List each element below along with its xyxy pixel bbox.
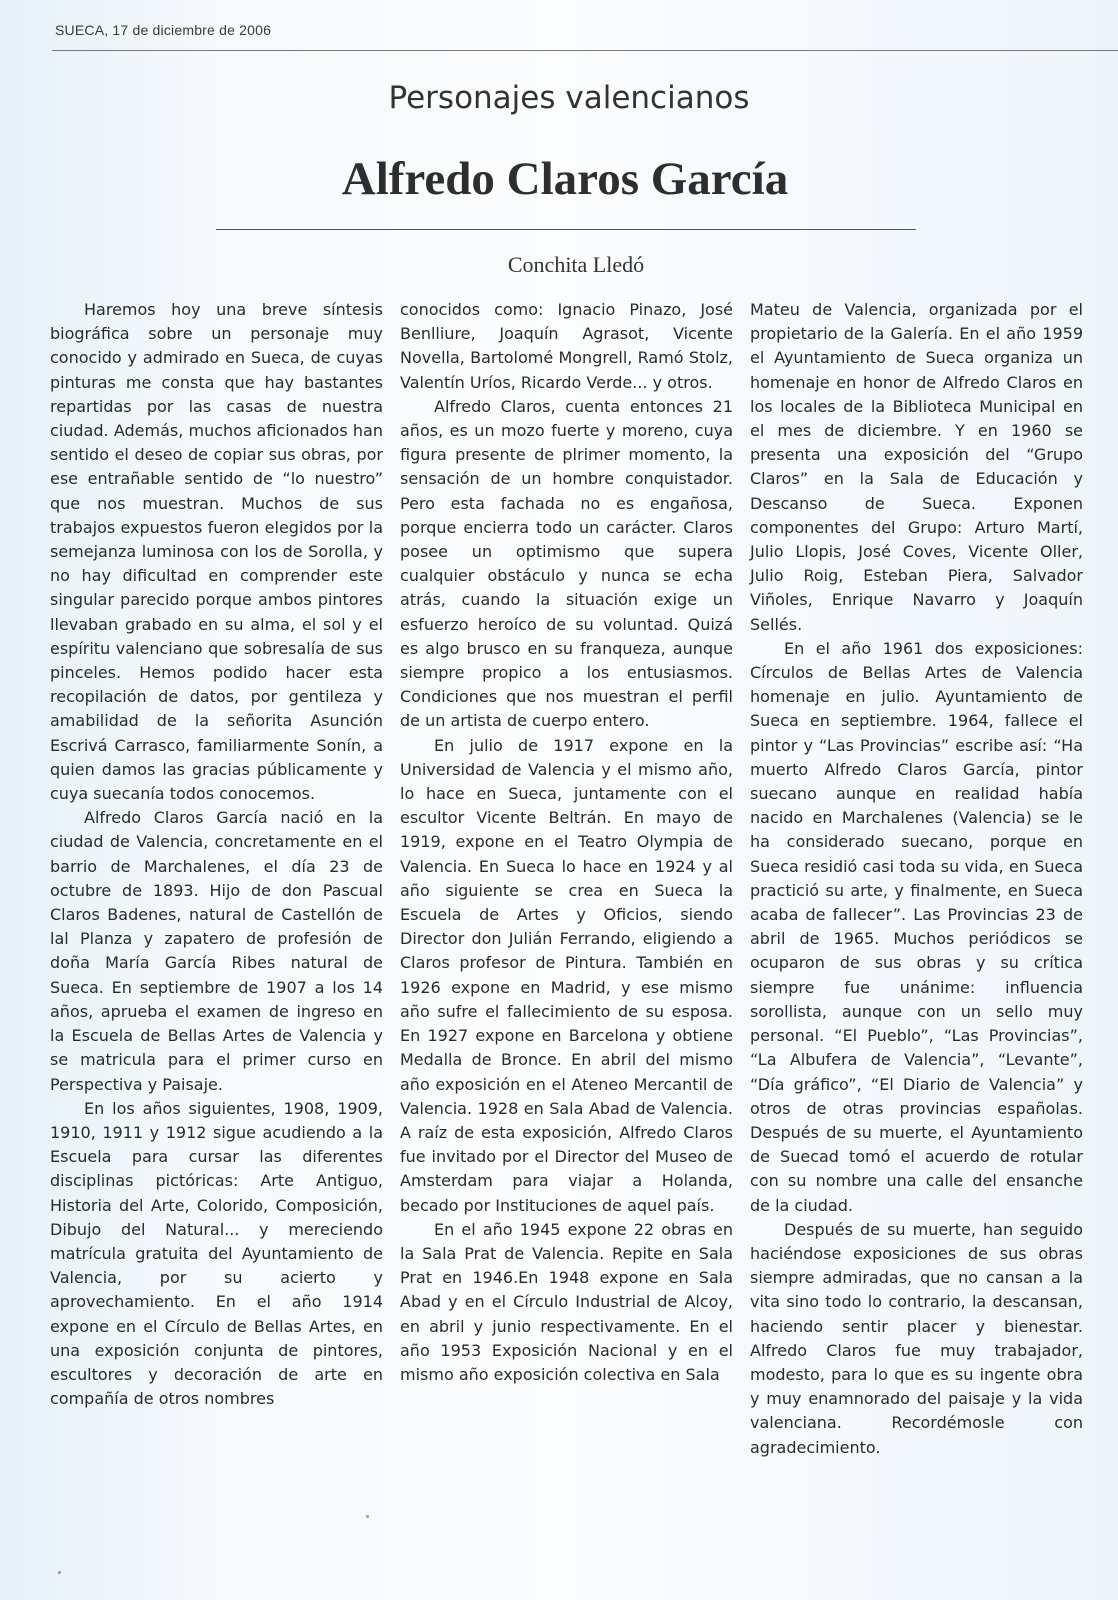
article-title: Alfredo Claros García xyxy=(0,152,1118,206)
paragraph: En los años siguientes, 1908, 1909, 1910… xyxy=(50,1097,383,1412)
paragraph: Alfredo Claros García nació en la ciudad… xyxy=(50,806,383,1096)
paragraph: conocidos como: Ignacio Pinazo, José Ben… xyxy=(400,298,733,395)
article-byline: Conchita Lledó xyxy=(0,252,1118,278)
paragraph: En el año 1961 dos exposi­ciones: Círcul… xyxy=(750,637,1083,1218)
paragraph: En el año 1945 expone 22 obras en la Sal… xyxy=(400,1218,733,1387)
header-rule xyxy=(52,50,1118,51)
paragraph: Haremos hoy una breve síntesis biográfic… xyxy=(50,298,383,806)
title-rule xyxy=(216,229,916,230)
article-column-1: Haremos hoy una breve síntesis biográfic… xyxy=(50,298,383,1411)
page-header-dateline: SUECA, 17 de diciembre de 2006 xyxy=(55,22,271,38)
section-title: Personajes valencianos xyxy=(0,80,1118,116)
article-column-3: Mateu de Valencia, organizada por el pro… xyxy=(750,298,1083,1460)
scan-speck xyxy=(366,1515,369,1518)
paragraph: Después de su muerte, han seguido hacién… xyxy=(750,1218,1083,1460)
article-column-2: conocidos como: Ignacio Pinazo, José Ben… xyxy=(400,298,733,1387)
paragraph: En julio de 1917 expone en la Universida… xyxy=(400,734,733,1218)
scan-speck xyxy=(58,1571,61,1574)
paragraph: Mateu de Valencia, organizada por el pro… xyxy=(750,298,1083,637)
paragraph: Alfredo Claros, cuenta entonces 21 años,… xyxy=(400,395,733,734)
